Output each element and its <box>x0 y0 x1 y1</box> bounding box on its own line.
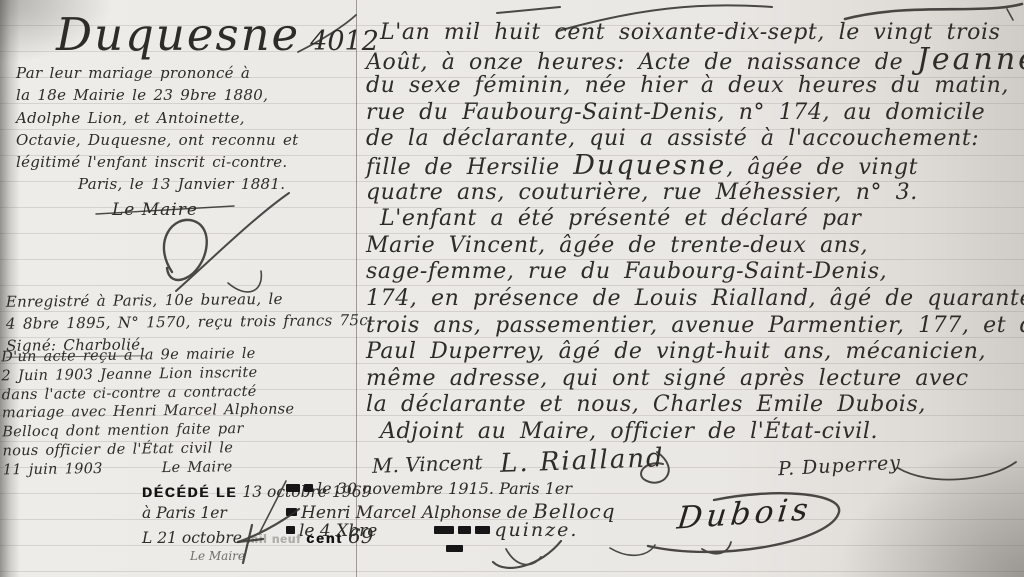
note-line: légitimé l'enfant inscrit ci-contre. <box>16 151 361 173</box>
mention-register-date: le 4 Xbre <box>299 521 377 541</box>
margin-note-marriage-1903: D'un acte reçu à la 9e mairie le 2 Juin … <box>1 344 348 480</box>
stamp-fragment <box>304 484 313 492</box>
act-line: Août, à onze heures: Acte de naissance d… <box>366 47 1021 74</box>
note-line: Par leur mariage prononcé à <box>16 62 361 84</box>
act-line-text: , âgée de vingt <box>726 155 918 180</box>
signature-vincent: M. Vincent <box>372 450 483 478</box>
mention-year-word: quinze. <box>494 519 578 541</box>
child-name: Jeanne, <box>917 42 1024 77</box>
act-line: du sexe féminin, née hier à deux heures … <box>366 73 1021 100</box>
signature-rialland: L. Rialland <box>500 443 666 479</box>
birth-act-text: L'an mil huit cent soixante-dix-sept, le… <box>366 20 1021 446</box>
note-line: 4 8bre 1895, N° 1570, reçu trois francs … <box>6 309 351 335</box>
act-line-text: fille de Hersilie <box>366 155 573 180</box>
stamp-fragment <box>446 545 463 552</box>
mention-date: le 30 novembre 1915. Paris 1er <box>317 479 572 498</box>
deceased-stamp-text: DÉCÉDÉ LE <box>142 485 237 500</box>
act-line: L'enfant a été présenté et déclaré par <box>380 206 1021 233</box>
stamp-fragment <box>286 508 297 516</box>
mayor-title: Le Maire <box>112 200 198 220</box>
act-line: Paul Duperrey, âgé de vingt-huit ans, mé… <box>366 339 1021 366</box>
note-line: Octavie, Duquesne, ont reconnu et <box>16 129 361 151</box>
mention-1915-line-3: le 4 Xbre quinze. <box>286 519 616 539</box>
act-header: Duquesne4012 <box>56 8 379 61</box>
mention-1915-line-1: le 30 novembre 1915. Paris 1er <box>286 479 616 499</box>
stamp-fragment <box>286 526 295 534</box>
signature-duperrey: P. Duperrey <box>778 452 902 480</box>
note-line: la 18e Mairie le 23 9bre 1880, <box>16 84 361 106</box>
act-line-text: Août, à onze heures: Acte de naissance d… <box>366 50 917 75</box>
stamp-fragment <box>458 526 471 534</box>
act-line: Marie Vincent, âgée de trente-deux ans, <box>366 233 1021 260</box>
mother-surname: Duquesne <box>573 150 726 181</box>
mayor-title: Le Maire <box>190 549 245 563</box>
death-place: à Paris 1er <box>142 504 227 522</box>
act-line: rue du Faubourg-Saint-Denis, n° 174, au … <box>366 100 1021 127</box>
mention-1915: le 30 novembre 1915. Paris 1er Henri Mar… <box>286 479 616 559</box>
mayor-title: Le Maire <box>162 459 233 476</box>
act-line: trois ans, passementier, avenue Parmenti… <box>366 313 1021 340</box>
note-dateline: Paris, le 13 Janvier 1881. <box>78 173 361 195</box>
register-page-scan: Duquesne4012 Par leur mariage prononcé à… <box>0 0 1024 577</box>
act-line: même adresse, qui ont signé après lectur… <box>366 366 1021 393</box>
margin-note-legitimation: Par leur mariage prononcé à la 18e Mairi… <box>16 62 361 196</box>
act-line: 174, en présence de Louis Rialland, âgé … <box>366 286 1021 313</box>
act-line: sage-femme, rue du Faubourg-Saint-Denis, <box>366 259 1021 286</box>
signature-dubois: Dubois <box>675 491 813 536</box>
stamp-fragment <box>434 526 454 534</box>
act-line: Adjoint au Maire, officier de l'État-civ… <box>380 419 1021 446</box>
act-line: quatre ans, couturière, rue Méhessier, n… <box>366 180 1021 207</box>
note-line: 11 juin 1903 Le Maire <box>3 456 348 480</box>
act-surname: Duquesne <box>56 8 300 61</box>
mention-1915-line-4 <box>286 539 616 559</box>
marriage-mention-date: 11 juin 1903 <box>3 461 103 478</box>
act-line: fille de Hersilie Duquesne, âgée de ving… <box>366 153 1021 180</box>
note-line: Adolphe Lion, et Antoinette, <box>16 107 361 129</box>
stamp-fragment <box>286 484 300 492</box>
act-line: la déclarante et nous, Charles Emile Dub… <box>366 392 1021 419</box>
act-line: de la déclarante, qui a assisté à l'acco… <box>366 126 1021 153</box>
mention-1915-line-2: Henri Marcel Alphonse de Bellocq <box>286 499 616 519</box>
stamp-fragment <box>475 526 490 534</box>
